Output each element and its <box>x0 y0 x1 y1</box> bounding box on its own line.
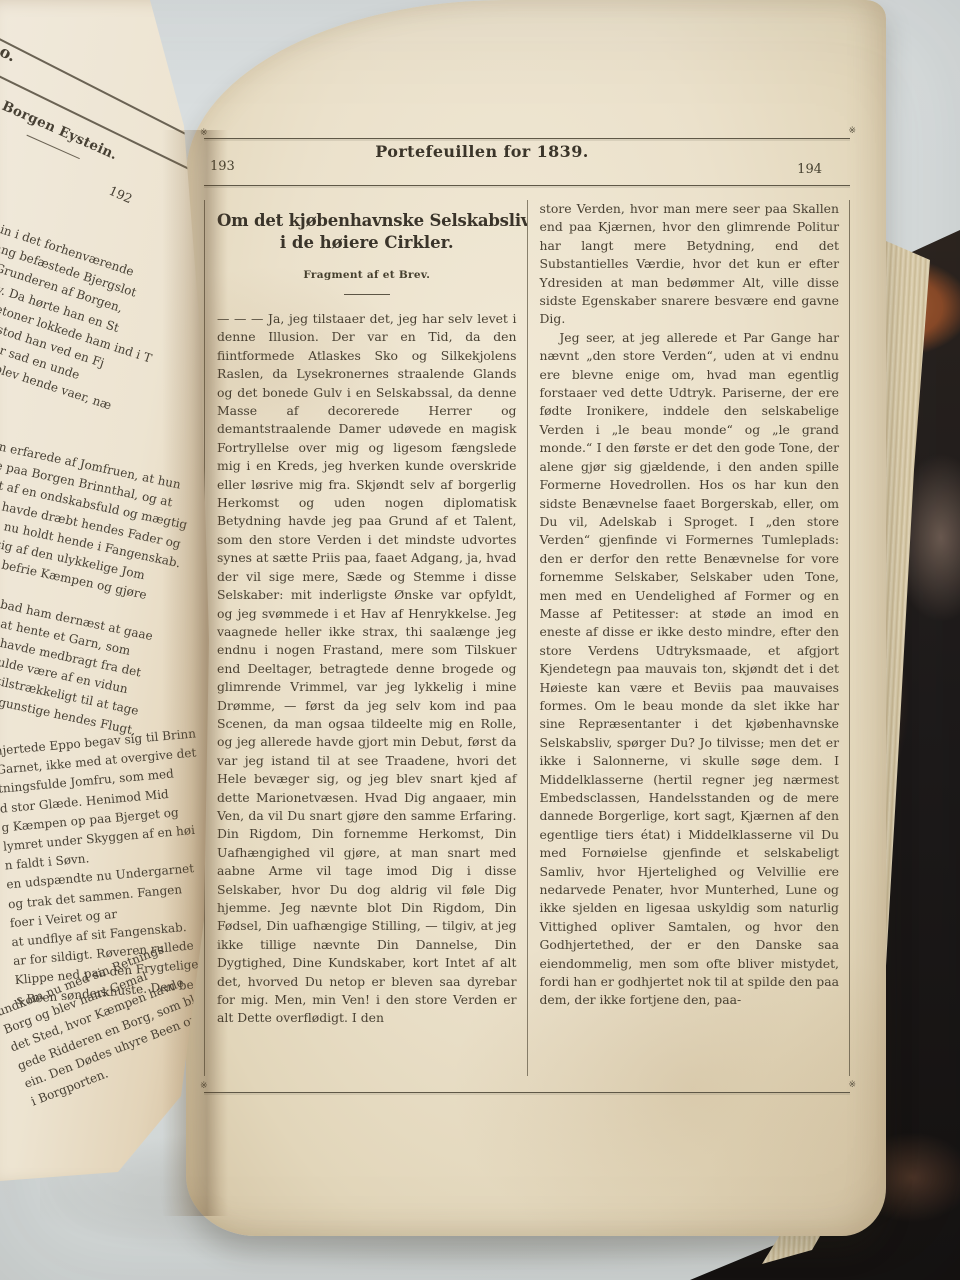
body-paragraph: store Verden, hvor man mere seer paa Ska… <box>540 200 840 329</box>
page-number-right: 194 <box>797 162 822 177</box>
corner-ornament-icon: ※ <box>848 1080 856 1090</box>
article-subtitle: Fragment af et Brev. <box>217 269 517 281</box>
article-title-line1: Om det kjøbenhavnske Selskabsliv <box>217 210 517 232</box>
running-title: Portefeuillen for 1839. <box>204 142 760 161</box>
text-frame: ※ ※ 193 Portefeuillen for 1839. 194 Om d… <box>204 0 850 1236</box>
right-page: ※ ※ 193 Portefeuillen for 1839. 194 Om d… <box>186 0 886 1236</box>
book-photo: ※ ※ 193 Portefeuillen for 1839. 194 Om d… <box>0 0 960 1280</box>
corner-ornament-icon: ※ <box>200 128 208 138</box>
footer-rule <box>204 1092 850 1093</box>
column-right: store Verden, hvor man mere seer paa Ska… <box>527 200 850 1076</box>
corner-ornament-icon: ※ <box>200 1081 208 1091</box>
left-page: o. Borgen Eystein. 192 hin i det forhenv… <box>0 0 212 1185</box>
corner-ornament-icon: ※ <box>848 126 856 136</box>
header-row: 193 Portefeuillen for 1839. 194 <box>204 139 850 185</box>
page-header: ※ ※ 193 Portefeuillen for 1839. 194 <box>204 138 850 186</box>
article-title: Om det kjøbenhavnske Selskabsliv i de hø… <box>217 210 517 254</box>
header-rule-bottom <box>204 185 850 186</box>
body-paragraph: Jeg seer, at jeg allerede et Par Gange h… <box>540 329 840 1010</box>
column-left: Om det kjøbenhavnske Selskabsliv i de hø… <box>205 200 527 1076</box>
page-number-left: 193 <box>210 159 235 174</box>
footer-rule-wrap: ※ ※ <box>204 1092 850 1093</box>
two-column-text-block: Om det kjøbenhavnske Selskabsliv i de hø… <box>204 200 850 1076</box>
left-page-corner-fragment: o. <box>0 41 19 65</box>
body-paragraph: — — — Ja, jeg tilstaaer det, jeg har sel… <box>217 310 517 1028</box>
subtitle-rule <box>344 294 390 295</box>
article-title-line2: i de høiere Cirkler. <box>217 232 517 254</box>
